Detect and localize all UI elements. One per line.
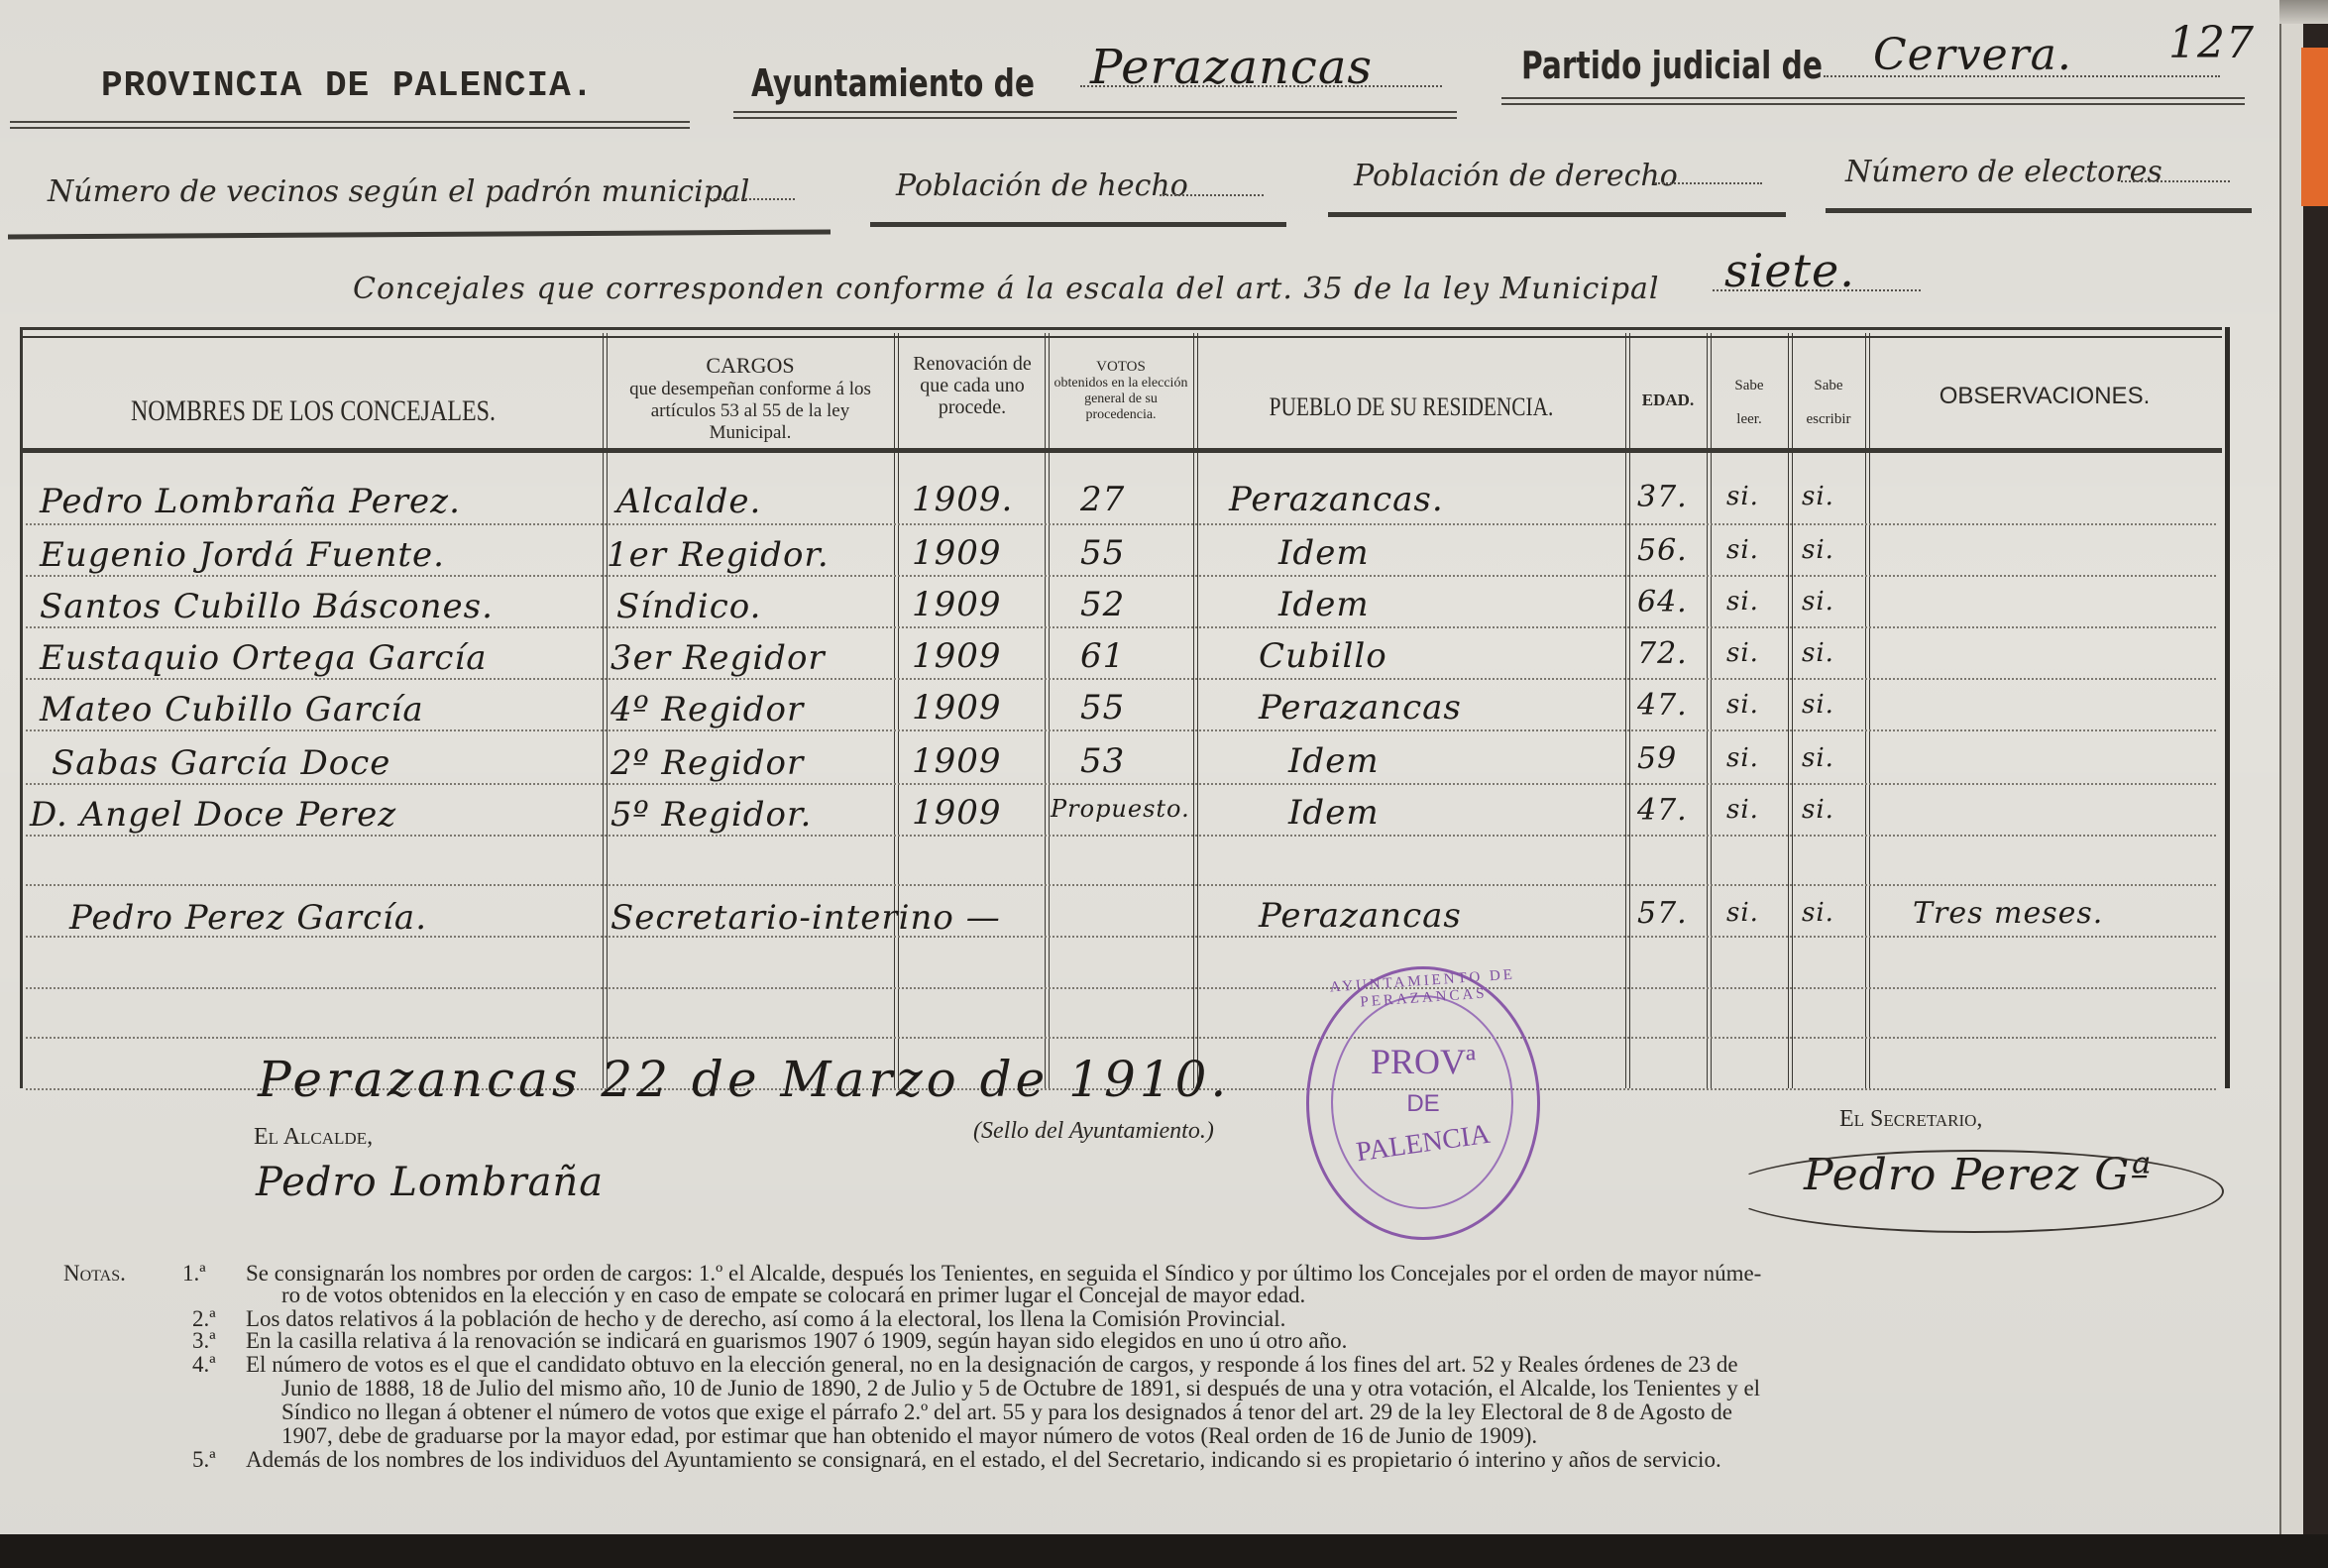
header-rule (1501, 97, 2245, 105)
province-title: PROVINCIA DE PALENCIA. (101, 65, 594, 106)
cell-leer: si. (1726, 795, 1759, 825)
census-rule (1328, 212, 1786, 217)
cell-votos: 61 (1080, 636, 1125, 676)
note-text: Además de los nombres de los individuos … (246, 1447, 1721, 1473)
note-text: ro de votos obtenidos en la elección y e… (281, 1283, 1305, 1308)
cell-escribir: si. (1802, 898, 1834, 928)
concejales-value: siete. (1724, 244, 1855, 297)
row-rule (26, 626, 2216, 628)
stamp-line2: DE (1309, 1090, 1537, 1118)
column-divider (894, 333, 899, 1088)
alcalde-signature: Pedro Lombraña (256, 1160, 604, 1205)
note-text: 1907, debe de graduarse por la mayor eda… (281, 1423, 1537, 1449)
column-divider (1865, 333, 1870, 1088)
cell-votos: 27 (1080, 480, 1125, 519)
book-bottom-shadow (0, 1534, 2328, 1568)
note-text: En la casilla relativa á la renovación s… (246, 1328, 1347, 1354)
cell-cargo: 3er Regidor (610, 638, 826, 678)
partido-label: Partido judicial de (1521, 44, 1823, 87)
cell-nombre: Pedro Perez García. (69, 898, 427, 938)
column-header-nombres: NOMBRES DE LOS CONCEJALES. (83, 394, 543, 428)
alcalde-label: El Alcalde, (254, 1124, 373, 1151)
cell-votos: Propuesto. (1051, 795, 1190, 823)
cell-edad: 47. (1637, 793, 1688, 828)
cell-escribir: si. (1802, 535, 1834, 565)
cell-renovacion: 1909 (912, 741, 1002, 781)
vecinos-label: Número de vecinos según el padrón munici… (48, 174, 749, 209)
column-header-sabe-escribir-sub: escribir (1792, 402, 1865, 436)
column-header-sabe-escribir: Sabe escribir (1792, 369, 1865, 436)
note-number: 3.ª (192, 1328, 216, 1354)
concejales-label: Concejales que corresponden conforme á l… (353, 272, 1660, 306)
book-page-edge (2279, 24, 2303, 1540)
cell-nombre: D. Angel Doce Perez (30, 795, 396, 835)
column-divider (1788, 333, 1793, 1088)
column-header-votos: VOTOS obtenidos en la elección general d… (1051, 359, 1191, 423)
cell-pueblo: Idem (1278, 585, 1370, 624)
cell-cargo: Secretario-interino — (610, 898, 1001, 938)
header-rule (733, 111, 1457, 119)
column-divider (1707, 333, 1712, 1088)
orange-bookmark-tab (2301, 48, 2328, 206)
row-rule (26, 678, 2216, 680)
ayuntamiento-value: Perazancas (1090, 40, 1373, 95)
cell-cargo: 2º Regidor (610, 743, 804, 783)
cell-leer: si. (1726, 482, 1759, 511)
cell-edad: 59 (1637, 741, 1677, 776)
column-header-votos-sub: obtenidos en la elección general de su p… (1051, 376, 1191, 423)
census-rule (1826, 208, 2252, 213)
cell-edad: 56. (1637, 533, 1688, 568)
column-header-cargos: CARGOS que desempeñan conforme á los art… (607, 353, 894, 444)
column-header-observaciones: OBSERVACIONES. (1871, 383, 2218, 410)
cell-renovacion: 1909 (912, 688, 1002, 728)
note-number: 4.ª (192, 1352, 216, 1378)
cell-escribir: si. (1802, 690, 1834, 720)
column-header-pueblo: PUEBLO DE SU RESIDENCIA. (1238, 392, 1586, 422)
cell-cargo: 4º Regidor (610, 690, 804, 729)
table-header-rule (20, 448, 2222, 453)
column-header-cargos-sub: que desempeñan conforme á los artículos … (607, 379, 894, 444)
cell-leer: si. (1726, 587, 1759, 616)
ayuntamiento-label: Ayuntamiento de (751, 61, 1035, 105)
column-header-cargos-title: CARGOS (607, 353, 894, 379)
cell-escribir: si. (1802, 482, 1834, 511)
cell-pueblo: Idem (1278, 533, 1370, 573)
header-rule (10, 121, 690, 129)
note-text: Síndico no llegan á obtener el número de… (281, 1400, 1732, 1425)
stamp-line1: PROVª (1309, 1041, 1537, 1082)
cell-pueblo: Perazancas (1259, 688, 1462, 728)
column-divider (1193, 333, 1198, 1088)
poblacion-derecho-field[interactable] (1655, 182, 1762, 184)
cell-edad: 64. (1637, 585, 1688, 619)
cell-votos: 52 (1080, 585, 1125, 624)
column-header-edad: EDAD. (1631, 391, 1705, 410)
poblacion-hecho-field[interactable] (1160, 194, 1264, 196)
census-rule (8, 229, 831, 239)
cell-leer: si. (1726, 638, 1759, 668)
note-number: 5.ª (192, 1447, 216, 1473)
cell-leer: si. (1726, 535, 1759, 565)
row-rule (26, 987, 2216, 989)
cell-renovacion: 1909 (912, 585, 1002, 624)
cell-pueblo: Cubillo (1259, 636, 1387, 676)
electores-field[interactable] (2121, 180, 2230, 182)
row-rule (26, 783, 2216, 785)
column-divider (603, 333, 608, 1088)
date-line: Perazancas 22 de Marzo de 1910. (258, 1051, 1230, 1108)
cell-edad: 37. (1637, 480, 1688, 514)
cell-leer: si. (1726, 690, 1759, 720)
column-header-sabe-leer-sub: leer. (1713, 402, 1786, 436)
cell-nombre: Pedro Lombraña Perez. (40, 482, 461, 521)
poblacion-hecho-label: Población de hecho (896, 168, 1188, 203)
column-divider (1045, 333, 1050, 1088)
cell-nombre: Eustaquio Ortega García (40, 638, 488, 678)
cell-nombre: Eugenio Jordá Fuente. (40, 535, 445, 575)
cell-votos: 55 (1080, 533, 1125, 573)
cell-pueblo: Perazancas. (1229, 480, 1444, 519)
column-header-sabe-escribir-title: Sabe (1792, 369, 1865, 402)
row-rule (26, 1037, 2216, 1039)
cell-renovacion: 1909 (912, 793, 1002, 833)
partido-value: Cervera. (1873, 30, 2072, 80)
cell-renovacion: 1909 (912, 533, 1002, 573)
cell-edad: 57. (1637, 896, 1688, 931)
cell-votos: 55 (1080, 688, 1125, 728)
cell-escribir: si. (1802, 795, 1834, 825)
note-text: El número de votos es el que el candidat… (246, 1352, 1738, 1378)
cell-pueblo: Perazancas (1259, 896, 1462, 936)
cell-leer: si. (1726, 898, 1759, 928)
cell-escribir: si. (1802, 587, 1834, 616)
cell-escribir: si. (1802, 638, 1834, 668)
row-rule (26, 729, 2216, 731)
cell-nombre: Sabas García Doce (52, 743, 390, 783)
cell-nombre: Mateo Cubillo García (40, 690, 424, 729)
cell-cargo: 5º Regidor. (610, 795, 812, 835)
table-top-rule (20, 327, 2222, 338)
cell-observaciones: Tres meses. (1913, 896, 2103, 931)
vecinos-field[interactable] (706, 198, 795, 200)
notes-label: Notas. (63, 1261, 126, 1287)
signature-flourish (1724, 1150, 2224, 1233)
cell-cargo: Síndico. (616, 587, 761, 626)
row-rule (26, 523, 2216, 525)
secretario-label: El Secretario, (1839, 1106, 1982, 1133)
cell-cargo: Alcalde. (616, 482, 761, 521)
note-text: Junio de 1888, 18 de Julio del mismo año… (281, 1376, 1760, 1401)
column-header-votos-title: VOTOS (1051, 359, 1191, 376)
page-number: 127 (2168, 18, 2255, 68)
column-header-renovacion: Renovación de que cada uno procede. (902, 353, 1043, 418)
cell-pueblo: Idem (1288, 741, 1380, 781)
column-divider (1625, 333, 1630, 1088)
row-rule (26, 884, 2216, 886)
cell-nombre: Santos Cubillo Báscones. (40, 587, 494, 626)
row-rule (26, 575, 2216, 577)
cell-escribir: si. (1802, 743, 1834, 773)
document-page: 127 PROVINCIA DE PALENCIA. Ayuntamiento … (0, 0, 2279, 1541)
cell-votos: 53 (1080, 741, 1125, 781)
census-rule (870, 222, 1286, 227)
municipal-stamp: AYUNTAMIENTO DE PERAZANCAS PROVª DE PALE… (1306, 966, 1540, 1240)
poblacion-derecho-label: Población de derecho (1354, 159, 1678, 193)
sello-label: (Sello del Ayuntamiento.) (973, 1118, 1214, 1145)
cell-leer: si. (1726, 743, 1759, 773)
cell-edad: 72. (1637, 636, 1688, 671)
cell-cargo: 1er Regidor. (607, 535, 830, 575)
electores-label: Número de electores (1845, 155, 2162, 189)
cell-renovacion: 1909. (912, 480, 1013, 519)
column-header-sabe-leer: Sabe leer. (1713, 369, 1786, 436)
note-number: 1.ª (182, 1261, 206, 1287)
row-rule (26, 835, 2216, 837)
cell-pueblo: Idem (1288, 793, 1380, 833)
column-header-sabe-leer-title: Sabe (1713, 369, 1786, 402)
cell-edad: 47. (1637, 688, 1688, 723)
cell-renovacion: 1909 (912, 636, 1002, 676)
